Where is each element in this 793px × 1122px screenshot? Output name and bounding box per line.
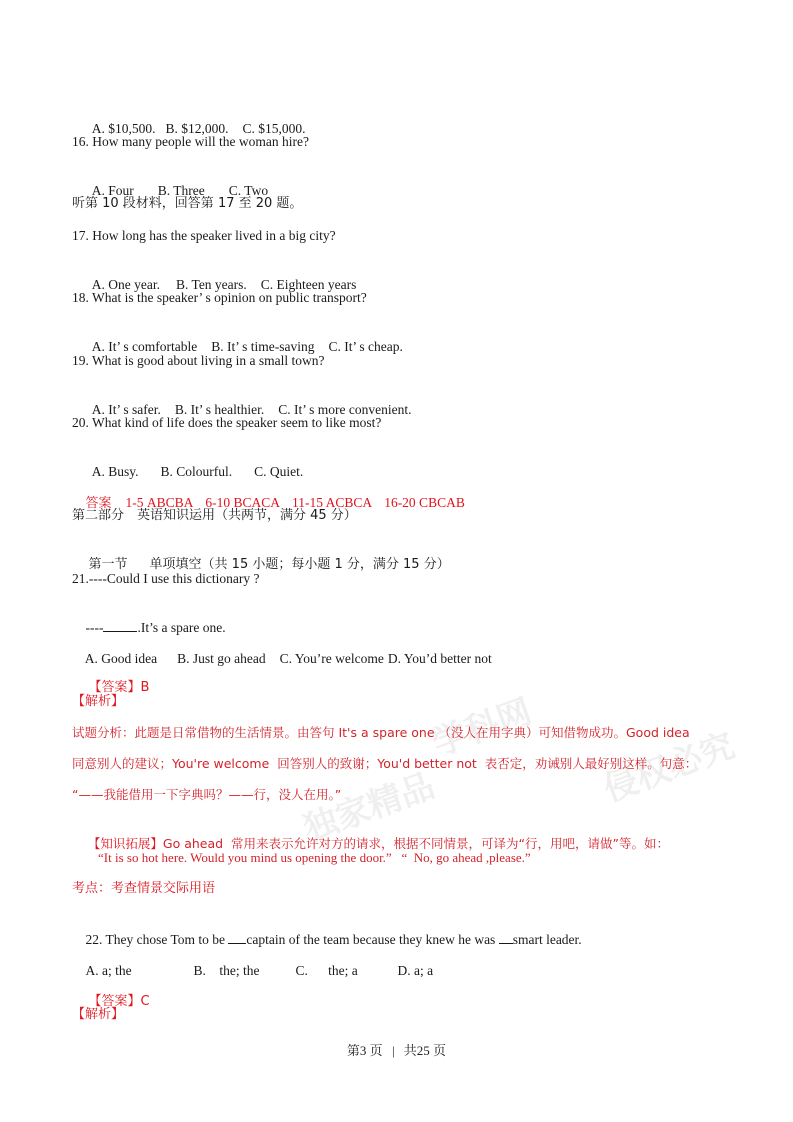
option-c: C. You’re welcome bbox=[280, 651, 384, 666]
question-21: 21.----Could I use this dictionary ? bbox=[72, 570, 259, 588]
option-d: D. You’d better not bbox=[388, 651, 492, 666]
q21-analysis-label: 【解析】 bbox=[72, 693, 124, 711]
q21-analysis-line-1: 试题分析：此题是日常借物的生活情景。由答句 It's a spare one （… bbox=[72, 724, 690, 742]
question-19: 19. What is good about living in a small… bbox=[72, 352, 324, 370]
page-total: 共25 页 bbox=[404, 1043, 446, 1058]
question-17: 17. How long has the speaker lived in a … bbox=[72, 227, 336, 245]
q22-analysis-label: 【解析】 bbox=[72, 1006, 124, 1024]
answer-blank bbox=[228, 931, 246, 944]
q21-test-point: 考点：考查情景交际用语 bbox=[72, 880, 215, 898]
answer-value: B bbox=[141, 680, 150, 695]
option-c: C. It’ s cheap. bbox=[328, 339, 402, 354]
question-20: 20. What kind of life does the speaker s… bbox=[72, 414, 381, 432]
document-page: 学科网 侵权必究 独家精品 A. $10,500.B. $12,000.C. $… bbox=[0, 0, 793, 1122]
option-b: B. Just go ahead bbox=[177, 651, 266, 666]
page-number: 第3 页 bbox=[347, 1043, 383, 1058]
option-d: D. a; a bbox=[398, 963, 434, 978]
answer-blank bbox=[499, 931, 513, 944]
section-10-heading: 听第 10 段材料，回答第 17 至 20 题。 bbox=[72, 195, 302, 213]
footer-separator: | bbox=[392, 1043, 395, 1058]
answer-blank bbox=[103, 619, 137, 632]
page-footer: 第3 页 | 共25 页 bbox=[0, 1040, 793, 1059]
question-text: smart leader. bbox=[513, 932, 582, 947]
part-2-heading: 第二部分 英语知识运用（共两节，满分 45 分） bbox=[72, 507, 357, 525]
answer-value: C bbox=[141, 994, 150, 1009]
answer-group: 16-20 CBCAB bbox=[384, 495, 465, 510]
question-16: 16. How many people will the woman hire? bbox=[72, 133, 309, 151]
q21-analysis-line-3: “——我能借用一下字典吗？——行，没人在用。” bbox=[72, 786, 341, 804]
q21-analysis-line-2: 同意别人的建议；You're welcome 回答别人的致谢；You'd bet… bbox=[72, 755, 697, 773]
option-c: C. the; a bbox=[296, 962, 398, 980]
q21-example: “It is so hot here. Would you mind us op… bbox=[98, 849, 531, 867]
option-b: B. the; the bbox=[194, 962, 296, 980]
question-18: 18. What is the speaker’ s opinion on pu… bbox=[72, 289, 367, 307]
